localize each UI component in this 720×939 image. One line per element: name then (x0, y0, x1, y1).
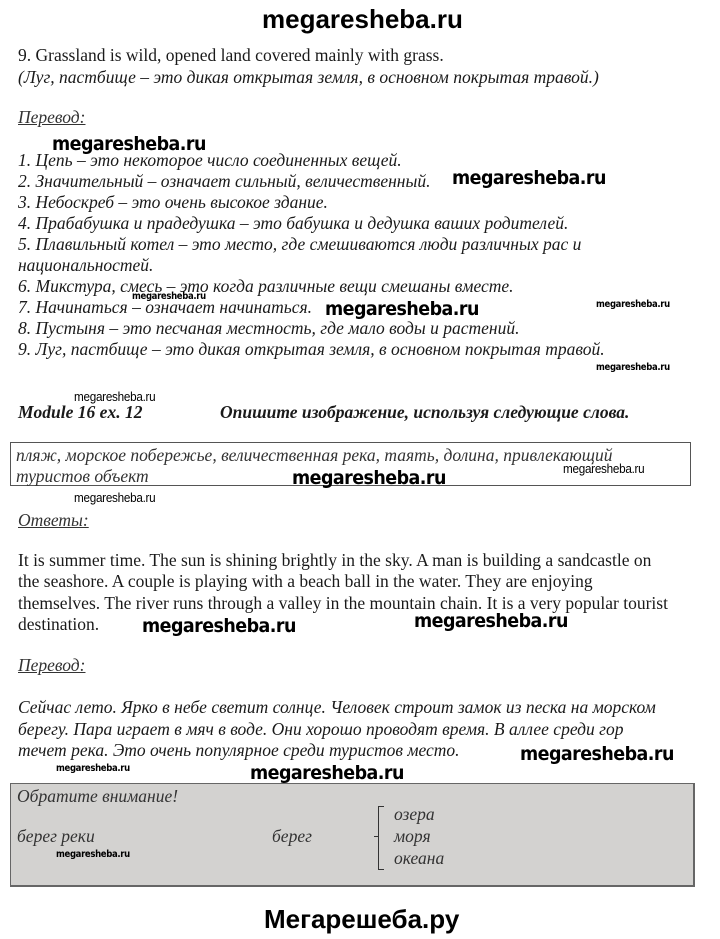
translation-item: 9. Луг, пастбище – это дикая открытая зе… (18, 339, 605, 360)
watermark: megaresheba.ru (142, 615, 296, 637)
answer-translation-line: Сейчас лето. Ярко в небе светит солнце. … (18, 697, 656, 718)
footer-brand: Мегарешеба.ру (264, 904, 459, 935)
vocab-item-9-english: 9. Grassland is wild, opened land covere… (18, 45, 444, 66)
vocab-item-9-russian: (Луг, пастбище – это дикая открытая земл… (18, 67, 599, 88)
answer-translation-line: берегу. Пара играет в мяч в воде. Они хо… (18, 719, 623, 740)
watermark: megaresheba.ru (596, 362, 670, 373)
note-left-phrase: берег реки (17, 826, 95, 847)
vocabulary-words-line2: туристов объект (16, 466, 149, 487)
exercise-label: Module 16 ex. 12 (18, 402, 142, 423)
translation-item: национальностей. (18, 255, 153, 276)
translation-item: 1. Цепь – это некоторое число соединенны… (18, 150, 402, 171)
exercise-instruction: Опишите изображение, используя следующие… (220, 402, 629, 423)
answer-translation-line: течет река. Это очень популярное среди т… (18, 740, 460, 761)
watermark: megaresheba.ru (563, 461, 644, 476)
translation-item: 3. Небоскреб – это очень высокое здание. (18, 192, 328, 213)
header-watermark: megaresheba.ru (262, 4, 463, 35)
watermark: megaresheba.ru (325, 298, 479, 320)
bracket-tick-icon (374, 836, 378, 837)
watermark: megaresheba.ru (414, 610, 568, 632)
watermark: megaresheba.ru (452, 167, 606, 189)
note-middle-word: берег (272, 826, 312, 847)
watermark: megaresheba.ru (596, 299, 670, 310)
answer-line: destination. (18, 614, 99, 635)
translation-item: 7. Начинаться – означает начинаться. (18, 297, 312, 318)
answers-heading: Ответы: (18, 510, 89, 531)
translation-heading: Перевод: (18, 107, 86, 128)
note-title: Обратите внимание! (17, 786, 178, 807)
answer-translation-heading: Перевод: (18, 655, 86, 676)
answer-line: themselves. The river runs through a val… (18, 593, 668, 614)
watermark: megaresheba.ru (56, 849, 130, 860)
bracket-icon (378, 806, 384, 870)
translation-item: 6. Микстура, смесь – это когда различные… (18, 276, 514, 297)
note-option: океана (394, 848, 444, 869)
watermark: megaresheba.ru (74, 490, 155, 505)
note-option: озера (394, 804, 435, 825)
translation-item: 8. Пустыня – это песчаная местность, где… (18, 318, 520, 339)
vocabulary-words-line1: пляж, морское побережье, величественная … (16, 445, 612, 466)
watermark: megaresheba.ru (292, 467, 446, 489)
translation-item: 5. Плавильный котел – это место, где сме… (18, 234, 581, 255)
answer-line: It is summer time. The sun is shining br… (18, 550, 651, 571)
answer-line: the seashore. A couple is playing with a… (18, 571, 593, 592)
note-option: моря (394, 826, 431, 847)
watermark: megaresheba.ru (56, 763, 130, 774)
translation-item: 4. Прабабушка и прадедушка – это бабушка… (18, 213, 568, 234)
translation-item: 2. Значительный – означает сильный, вели… (18, 171, 430, 192)
watermark: megaresheba.ru (250, 762, 404, 784)
watermark: megaresheba.ru (520, 743, 674, 765)
